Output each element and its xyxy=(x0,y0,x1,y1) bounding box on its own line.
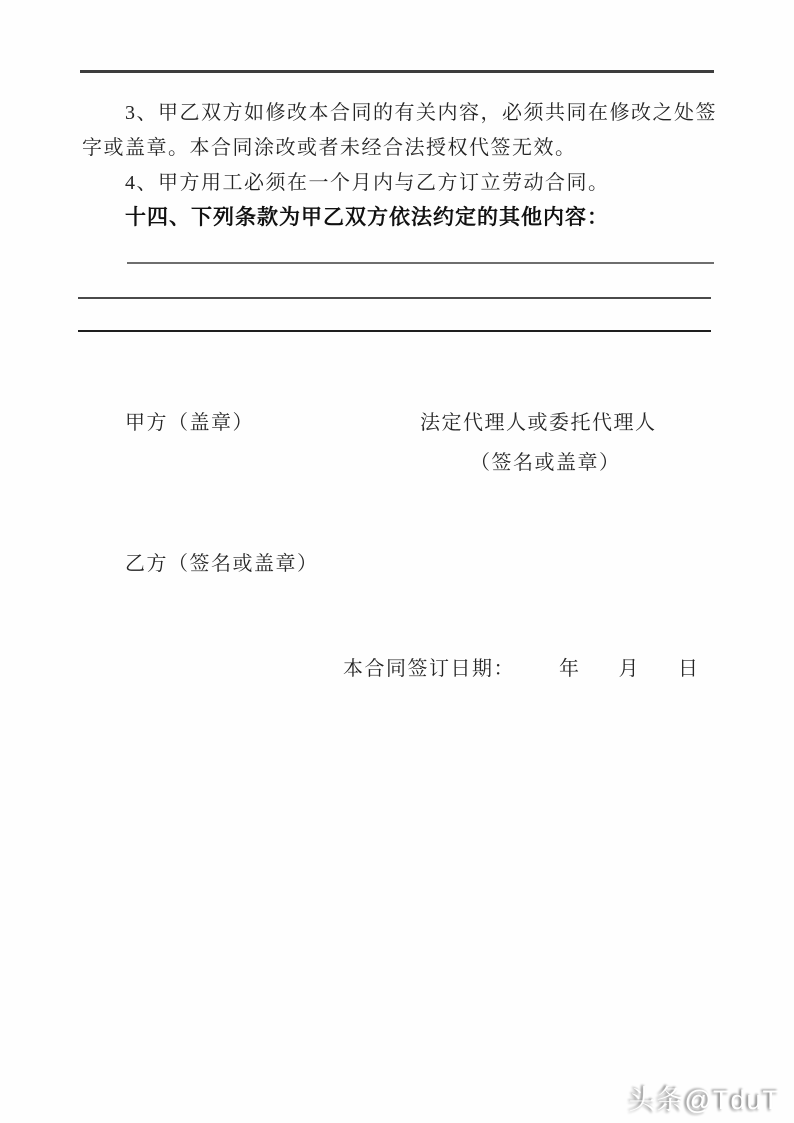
top-horizontal-rule xyxy=(80,70,714,73)
section-14-heading: 十四、下列条款为甲乙双方依法约定的其他内容： xyxy=(125,205,609,231)
toutiao-watermark: 头条@TduT xyxy=(629,1078,780,1117)
day-label: 日 xyxy=(678,656,700,682)
blank-fill-in-line-1 xyxy=(127,262,714,264)
signing-date-label: 本合同签订日期： xyxy=(343,658,515,680)
clause-3-line-1: 3、甲乙双方如修改本合同的有关内容，必须共同在修改之处签 xyxy=(125,100,717,126)
blank-fill-in-line-3 xyxy=(78,330,711,332)
contract-document-page: 3、甲乙双方如修改本合同的有关内容，必须共同在修改之处签 字或盖章。本合同涂改或… xyxy=(0,0,794,1123)
legal-agent-sign-or-seal-label: （签名或盖章） xyxy=(470,450,621,476)
party-a-seal-label: 甲方（盖章） xyxy=(125,410,254,436)
blank-fill-in-line-2 xyxy=(78,297,711,299)
legal-agent-label: 法定代理人或委托代理人 xyxy=(420,410,657,436)
month-label: 月 xyxy=(619,656,641,682)
clause-4: 4、甲方用工必须在一个月内与乙方订立劳动合同。 xyxy=(125,170,610,196)
clause-3-line-2: 字或盖章。本合同涂改或者未经合法授权代签无效。 xyxy=(82,135,577,161)
party-b-sign-or-seal-label: 乙方（签名或盖章） xyxy=(125,551,319,577)
year-label: 年 xyxy=(559,656,581,682)
signing-date-line: 本合同签订日期：年月日 xyxy=(343,656,700,682)
